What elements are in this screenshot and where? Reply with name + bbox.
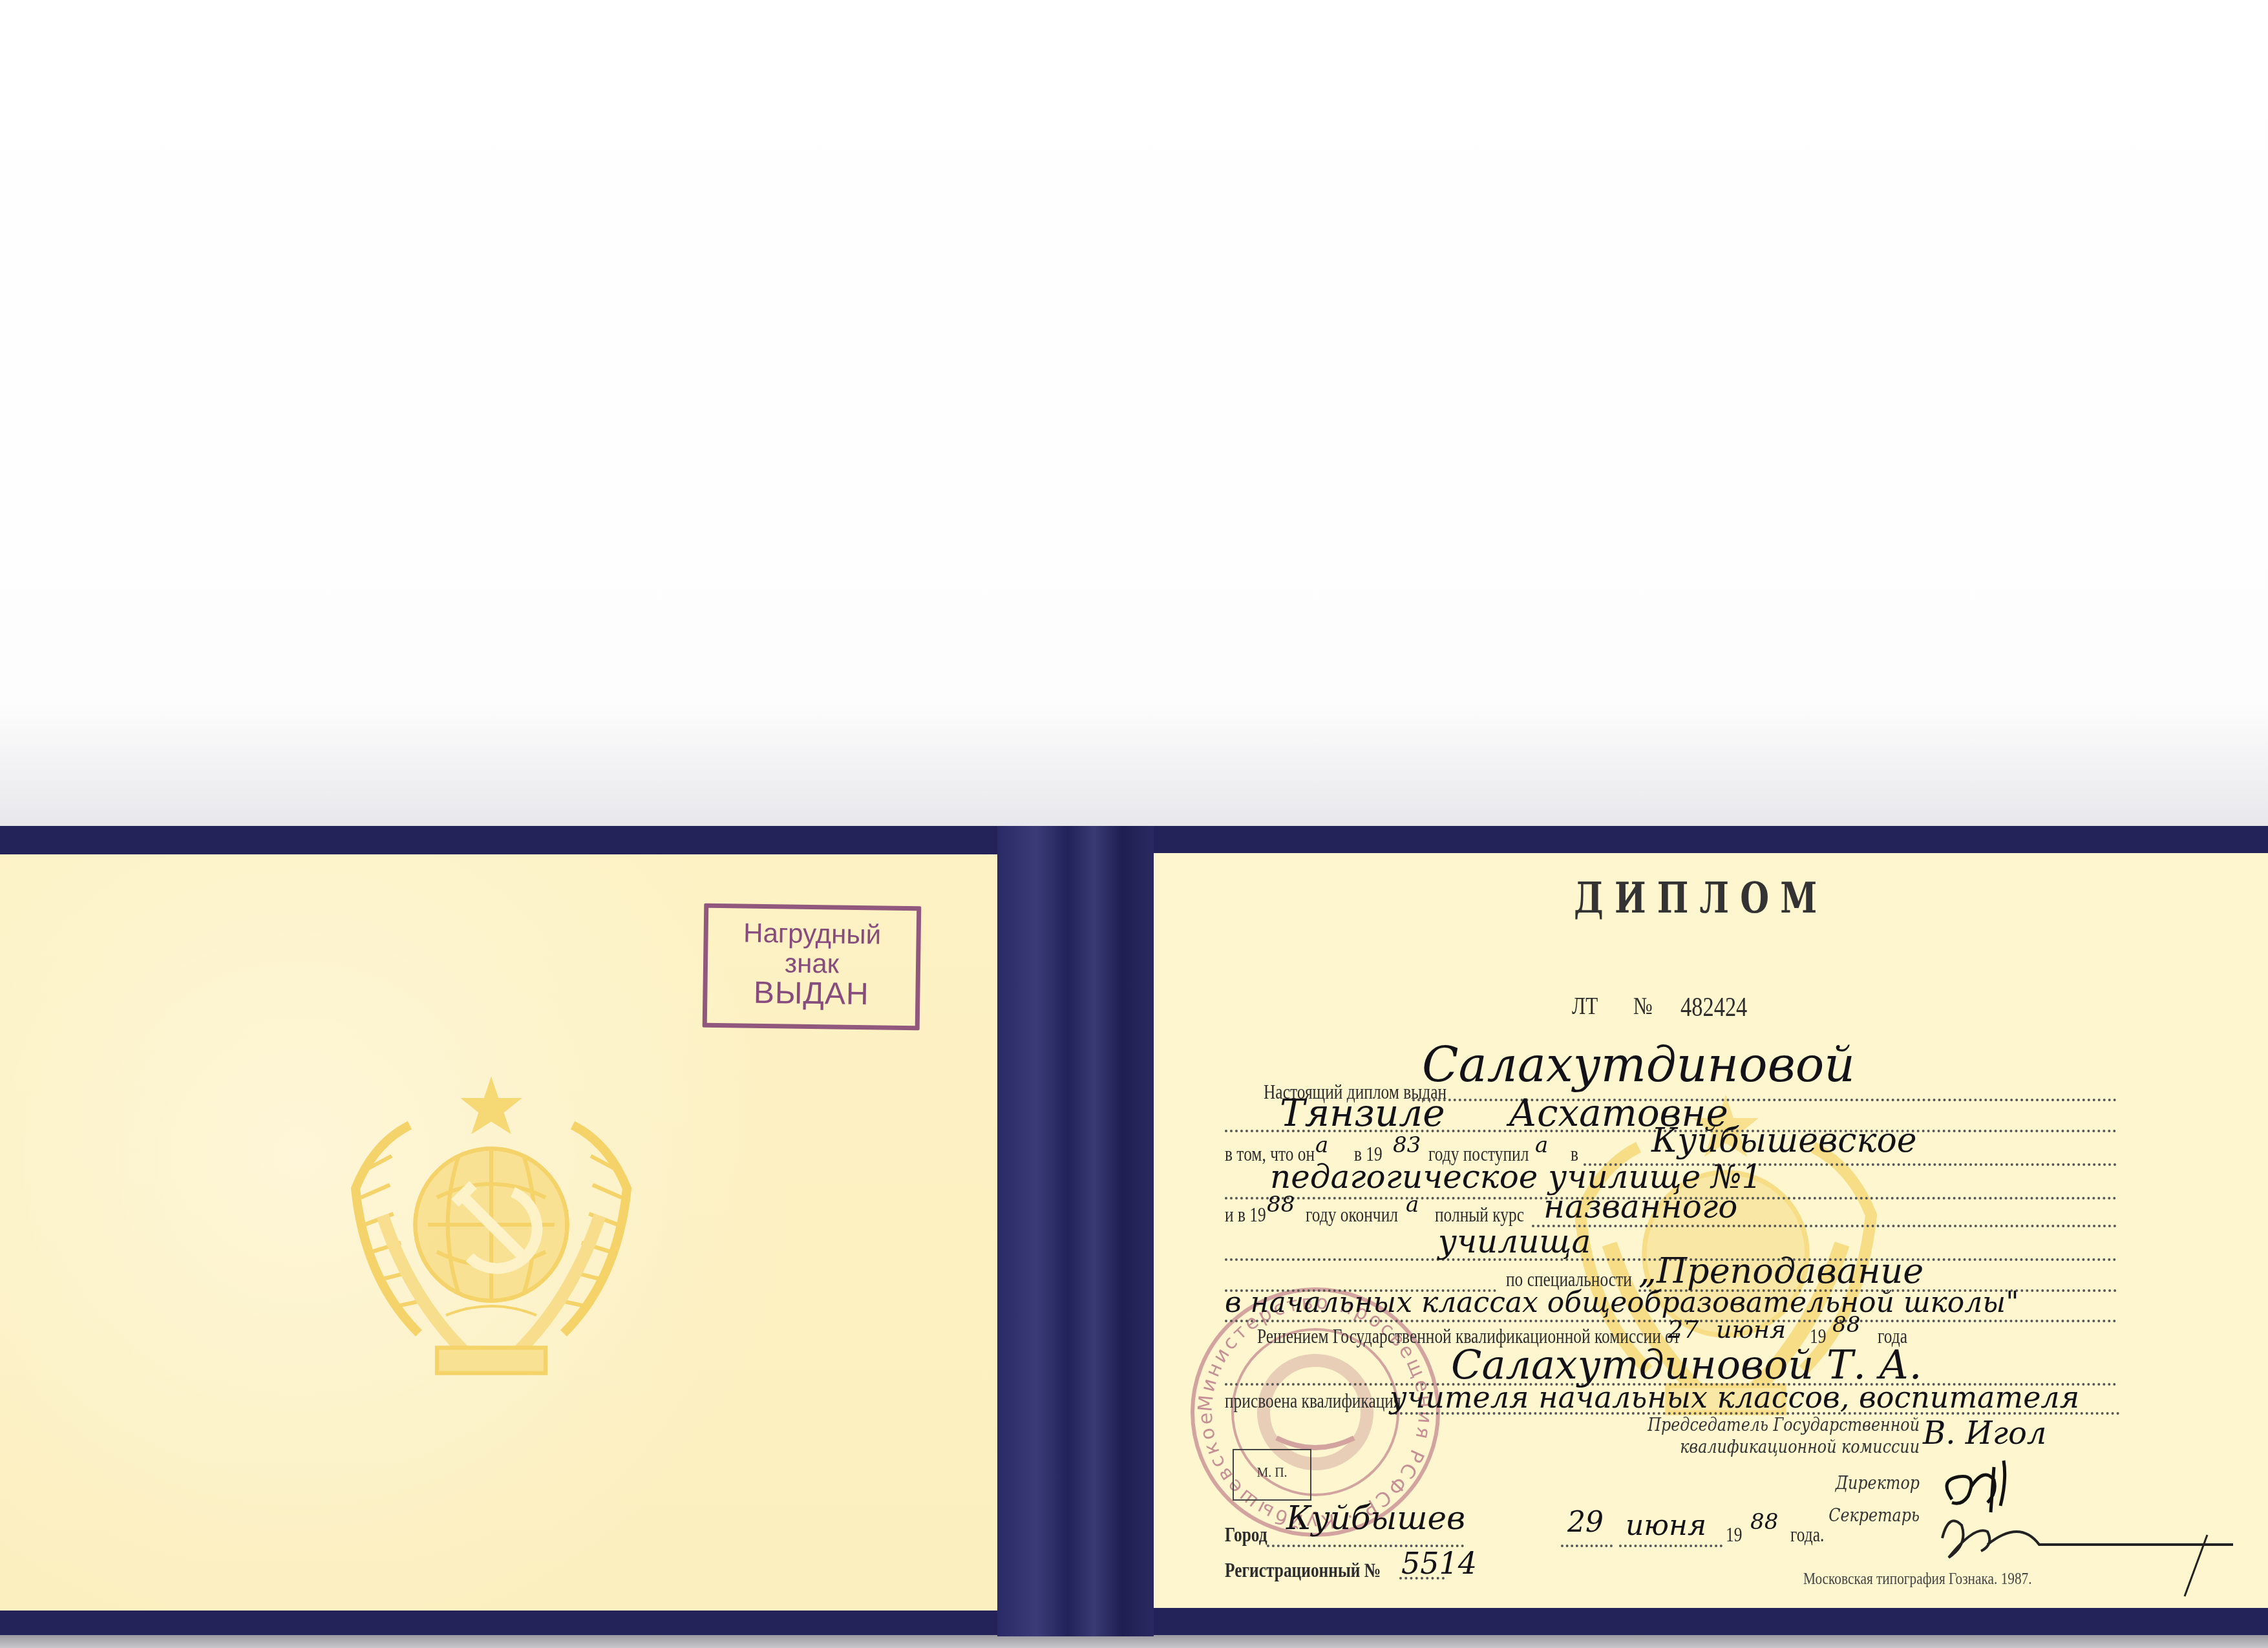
booklet-spine [997, 826, 1154, 1636]
diploma-title: ДИПЛОМ [1574, 872, 1828, 923]
specialty-1: „Преподавание [1638, 1251, 1924, 1291]
finished-institution-2: училища [1438, 1223, 1591, 1260]
specialty-2: в начальных классах общеобразовательной … [1225, 1286, 2019, 1319]
seal-placeholder-label: М. П. [1234, 1466, 1310, 1481]
chairman-label-1: Председатель Государственной [1469, 1414, 1920, 1435]
gender-suffix-3: а [1406, 1192, 1419, 1218]
issue-year-suffix: года. [1790, 1523, 1824, 1547]
recipient-surname: Салахутдиновой [1422, 1037, 1855, 1093]
decision-year: 88 [1832, 1312, 1860, 1338]
number-sign: № [1633, 992, 1653, 1020]
stamp-line-1: Нагрудный [708, 917, 917, 951]
issue-day-line [1561, 1545, 1613, 1547]
stamp-line-2: знак [708, 948, 917, 979]
finished-institution-1: названного [1543, 1188, 1737, 1225]
gender-suffix-2: а [1535, 1132, 1548, 1158]
qualification-label: присвоена квалификация [1225, 1389, 1401, 1413]
diploma-number: 482424 [1680, 992, 1747, 1023]
printer-imprint: Московская типография Гознака. 1987. [1803, 1569, 2032, 1589]
decision-month: июня [1716, 1315, 1786, 1344]
city: Куйбышев [1286, 1499, 1465, 1537]
issue-year: 88 [1750, 1509, 1778, 1535]
gender-suffix-1: а [1315, 1132, 1328, 1158]
registration-number: 5514 [1401, 1546, 1477, 1581]
badge-issued-stamp: Нагрудный знак ВЫДАН [703, 903, 922, 1031]
issue-month: июня [1626, 1509, 1706, 1542]
year-entered: 83 [1393, 1132, 1421, 1158]
scanner-edge [0, 1635, 2268, 1648]
ussr-coat-of-arms-icon [304, 1044, 679, 1406]
issue-month-line [1619, 1545, 1722, 1547]
director-label: Директор [1469, 1472, 1920, 1494]
qualification: учителя начальных классов, воспитателя [1390, 1380, 2079, 1415]
institution-name-1: Куйбышевское [1651, 1121, 1917, 1160]
seal-placeholder-box: М. П. [1233, 1449, 1311, 1501]
finished-prefix: и в 19 [1225, 1203, 1266, 1227]
stamp-line-3: ВЫДАН [707, 977, 916, 1011]
finished-mid: году окончил [1306, 1203, 1398, 1227]
diploma-series: ЛТ [1572, 992, 1598, 1020]
issue-day: 29 [1567, 1506, 1604, 1539]
decision-day: 27 [1668, 1315, 1699, 1344]
scanner-background [0, 0, 2268, 827]
registration-label: Регистрационный № [1225, 1559, 1381, 1582]
chairman-label-2: квалификационной комиссии [1469, 1436, 1920, 1457]
year-finished: 88 [1267, 1192, 1295, 1218]
city-label: Город [1225, 1523, 1267, 1547]
issue-year-prefix: 19 [1726, 1523, 1742, 1547]
